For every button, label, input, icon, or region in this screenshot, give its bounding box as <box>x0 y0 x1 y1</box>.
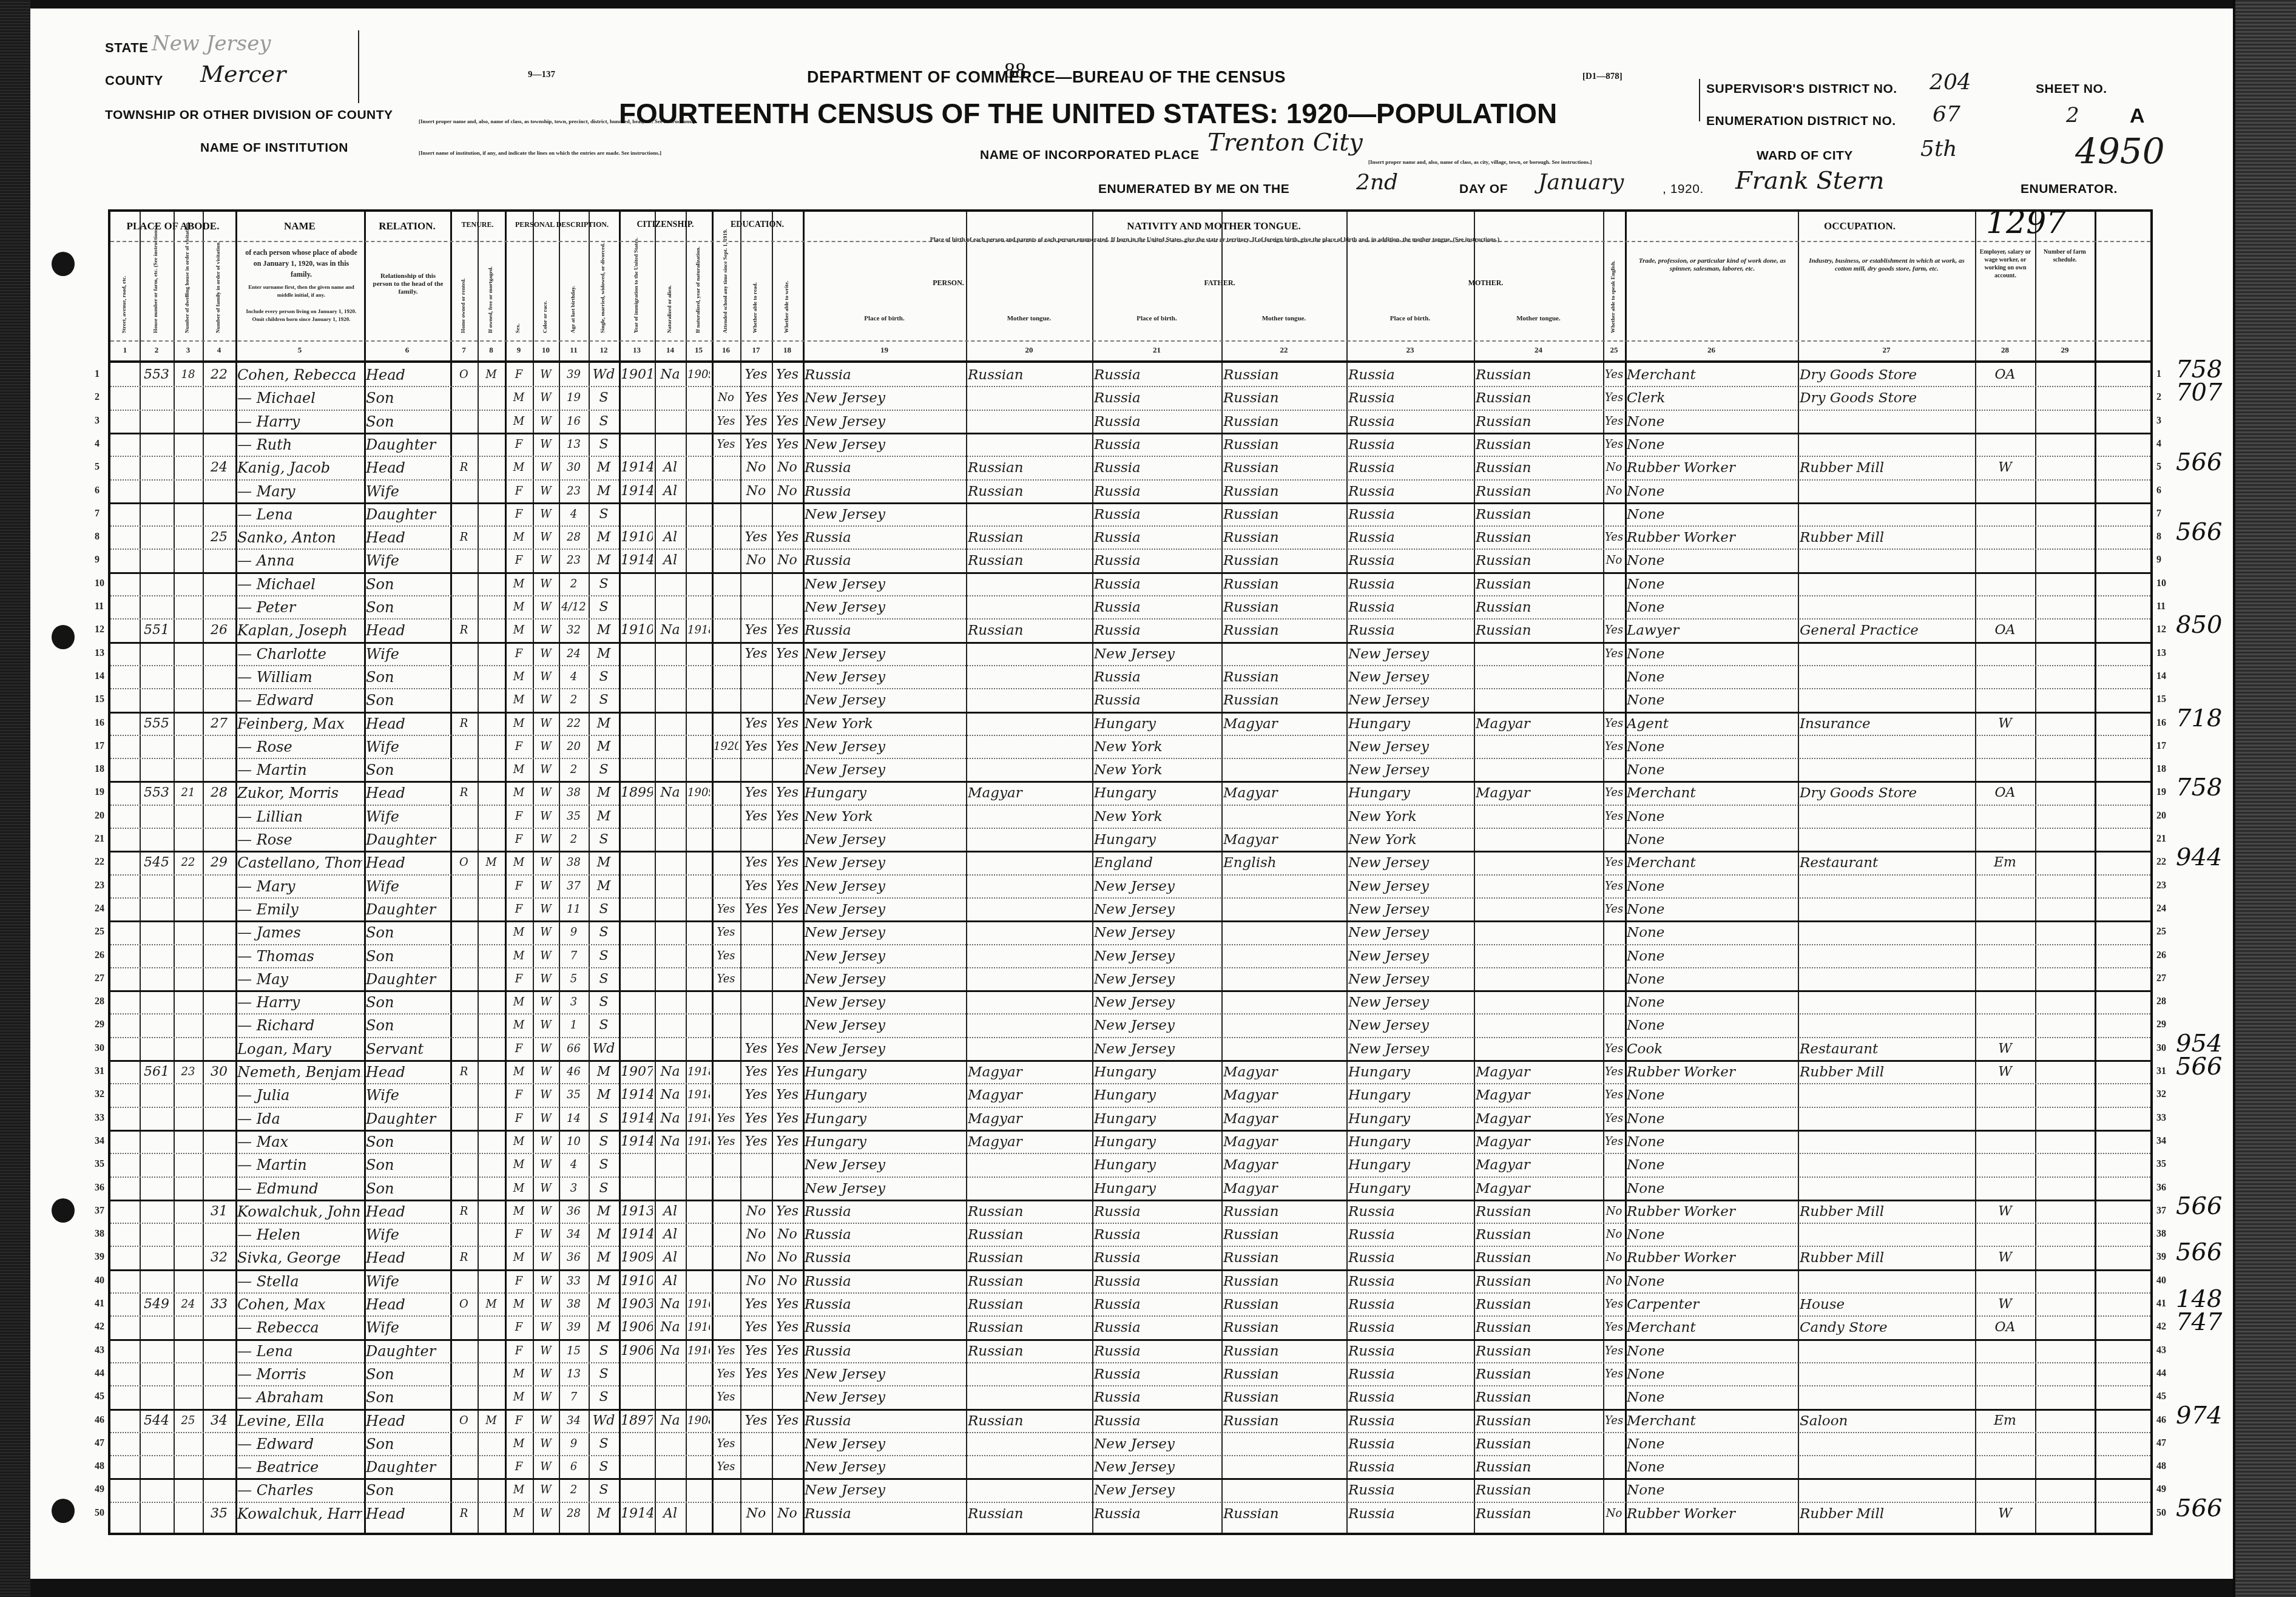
cell-name: — Abraham <box>237 1385 362 1410</box>
cell-relation: Head <box>366 1502 448 1526</box>
sheet-number-label: SHEET NO. <box>2036 82 2107 96</box>
cell-trade: None <box>1627 1107 1796 1131</box>
cell-natyr: 1918 <box>687 1060 710 1084</box>
cell-fbirth: Russia <box>1094 1292 1220 1317</box>
cell-trade: Agent <box>1627 712 1796 736</box>
cell-marital: M <box>590 1246 617 1270</box>
line-number: 34 <box>2156 1136 2166 1147</box>
cell-birth: Russia <box>805 618 964 643</box>
state-label: STATE <box>105 40 148 56</box>
cell-sex: M <box>507 410 531 434</box>
cell-name: — Michael <box>237 572 362 596</box>
cell-natyr: 1918 <box>687 1130 710 1154</box>
line-number-left: 3 <box>95 416 100 427</box>
line-number-left: 46 <box>95 1415 104 1426</box>
cell-ftongue: Russian <box>1223 1502 1345 1526</box>
cell-age: 11 <box>561 897 587 922</box>
cell-relation: Son <box>366 1177 448 1201</box>
cell-relation: Head <box>366 1246 448 1270</box>
line-number-left: 24 <box>95 903 104 914</box>
cell-trade: None <box>1627 479 1796 504</box>
cell-sex: M <box>507 920 531 945</box>
line-number-left: 22 <box>95 857 104 868</box>
cell-tongue: Magyar <box>968 1060 1090 1084</box>
census-title: FOURTEENTH CENSUS OF THE UNITED STATES: … <box>619 97 1557 130</box>
table-row: 24Kanig, JacobHeadRMW30M1914AlNoNoRussia… <box>110 456 2150 479</box>
cell-write: Yes <box>774 525 801 550</box>
table-row: — EdwardSonMW2SNew JerseyRussiaRussianNe… <box>110 688 2150 711</box>
cell-english: Yes <box>1605 1037 1623 1061</box>
cell-trade: None <box>1627 1455 1796 1479</box>
cell-natyr: 1909 <box>687 363 710 387</box>
cell-birth: New York <box>805 805 964 829</box>
cell-industry: Dry Goods Store <box>1800 386 1973 410</box>
cell-birth: New Jersey <box>805 1385 964 1410</box>
cell-tongue: Magyar <box>968 1107 1090 1131</box>
cell-name: — Martin <box>237 1153 362 1177</box>
line-number-left: 1 <box>95 369 100 380</box>
cell-race: W <box>535 1037 557 1061</box>
industry-header: Industry, business, or establishment in … <box>1803 257 1970 273</box>
line-number: 30 <box>2156 1043 2166 1054</box>
cell-age: 38 <box>561 781 587 805</box>
cell-mbirth: Russia <box>1348 479 1472 504</box>
cell-birth: New Jersey <box>805 944 964 968</box>
cell-marital: S <box>590 595 617 620</box>
cell-race: W <box>535 967 557 991</box>
cell-name: Kanig, Jacob <box>237 456 362 480</box>
cell-mbirth: Russia <box>1348 595 1472 620</box>
cell-mbirth: Russia <box>1348 1502 1472 1526</box>
cell-trade: Rubber Worker <box>1627 456 1796 480</box>
cell-read: No <box>742 1246 770 1270</box>
cell-mbirth: New Jersey <box>1348 967 1472 991</box>
mother-tongue-header: Mother tongue. <box>1474 315 1603 323</box>
cell-school: Yes <box>714 967 738 991</box>
cell-marital: S <box>590 386 617 410</box>
cell-mtongue: Russian <box>1476 502 1601 527</box>
cell-sex: F <box>507 1455 531 1479</box>
cell-relation: Son <box>366 410 448 434</box>
line-number-left: 41 <box>95 1298 104 1309</box>
column-number: 13 <box>619 345 655 355</box>
cell-relation: Head <box>366 781 448 805</box>
cell-marital: M <box>590 874 617 899</box>
table-row: — StellaWifeFW33M1910AlNoNoRussiaRussian… <box>110 1269 2150 1292</box>
cell-write: Yes <box>774 1083 801 1107</box>
cell-fbirth: New Jersey <box>1094 1037 1220 1061</box>
table-row: — MartinSonMW2SNew JerseyNew YorkNew Jer… <box>110 758 2150 781</box>
table-row: — EdmundSonMW3SNew JerseyHungaryMagyarHu… <box>110 1177 2150 1200</box>
column-number: 11 <box>559 345 589 355</box>
column-number: 15 <box>686 345 712 355</box>
occupation-code: 944 <box>2176 843 2222 871</box>
cell-race: W <box>535 410 557 434</box>
cell-marital: S <box>590 665 617 689</box>
cell-school: Yes <box>714 897 738 922</box>
cell-race: W <box>535 1455 557 1479</box>
form-code: [D1—878] <box>1582 72 1622 82</box>
cell-trade: None <box>1627 1083 1796 1107</box>
cell-relation: Head <box>366 363 448 387</box>
relation-description: Relationship of this person to the head … <box>370 272 446 296</box>
scan-border-bottom <box>30 1579 2233 1597</box>
table-row: — RichardSonMW1SNew JerseyNew JerseyNew … <box>110 1013 2150 1036</box>
cell-sex: F <box>507 502 531 527</box>
cell-read: Yes <box>742 1107 770 1131</box>
line-number-left: 19 <box>95 787 104 798</box>
line-number-left: 27 <box>95 973 104 984</box>
cell-trade: Rubber Worker <box>1627 525 1796 550</box>
cell-relation: Daughter <box>366 502 448 527</box>
cell-marital: S <box>590 410 617 434</box>
cell-relation: Head <box>366 1292 448 1317</box>
table-row: 5492433Cohen, MaxHeadOMMW38M1903Na1916Ye… <box>110 1292 2150 1315</box>
cell-race: W <box>535 990 557 1015</box>
cell-read: Yes <box>742 735 770 759</box>
cell-relation: Wife <box>366 642 448 666</box>
line-number: 13 <box>2156 648 2166 659</box>
cell-age: 36 <box>561 1246 587 1270</box>
cell-marital: S <box>590 1362 617 1386</box>
line-number: 25 <box>2156 927 2166 937</box>
cell-read: No <box>742 1269 770 1294</box>
line-number-left: 16 <box>95 718 104 729</box>
cell-dwelling: 23 <box>175 1060 201 1084</box>
cell-race: W <box>535 479 557 504</box>
cell-relation: Head <box>366 1409 448 1433</box>
cell-read: Yes <box>742 712 770 736</box>
cell-age: 4/12 <box>561 595 587 620</box>
cell-birth: New Jersey <box>805 595 964 620</box>
cell-family: 35 <box>204 1502 234 1526</box>
cell-fbirth: Hungary <box>1094 712 1220 736</box>
cell-sex: F <box>507 642 531 666</box>
cell-mbirth: Russia <box>1348 456 1472 480</box>
cell-relation: Son <box>366 1013 448 1038</box>
cell-fbirth: Russia <box>1094 1385 1220 1410</box>
occupation-code: 566 <box>2176 1238 2222 1266</box>
cell-nat: Al <box>657 1200 684 1224</box>
line-number-left: 20 <box>95 811 104 822</box>
cell-trade: None <box>1627 1153 1796 1177</box>
cell-race: W <box>535 502 557 527</box>
cell-family: 22 <box>204 363 234 387</box>
cell-fbirth: Russia <box>1094 1502 1220 1526</box>
cell-sex: F <box>507 1223 531 1247</box>
cell-mbirth: New Jersey <box>1348 688 1472 712</box>
cell-write: Yes <box>774 1130 801 1154</box>
cell-mtongue: Russian <box>1476 363 1601 387</box>
cell-race: W <box>535 1223 557 1247</box>
vertical-header-c1: Street, avenue, road, etc. <box>121 248 127 333</box>
cell-race: W <box>535 1153 557 1177</box>
cell-mbirth: Russia <box>1348 1432 1472 1456</box>
line-number-left: 36 <box>95 1183 104 1194</box>
cell-trade: Merchant <box>1627 851 1796 875</box>
cell-immig: 1907 <box>621 1060 653 1084</box>
cell-race: W <box>535 1130 557 1154</box>
cell-read: Yes <box>742 1037 770 1061</box>
cell-sex: F <box>507 874 531 899</box>
cell-name: — Thomas <box>237 944 362 968</box>
cell-sex: M <box>507 1385 531 1410</box>
cell-english: Yes <box>1605 851 1623 875</box>
cell-write: Yes <box>774 712 801 736</box>
cell-tenure: R <box>452 712 476 736</box>
cell-nat: Na <box>657 363 684 387</box>
column-number: 27 <box>1798 345 1975 355</box>
column-number: 14 <box>655 345 686 355</box>
cell-read: Yes <box>742 1083 770 1107</box>
cell-marital: M <box>590 1083 617 1107</box>
cell-name: — Edward <box>237 1432 362 1456</box>
cell-race: W <box>535 781 557 805</box>
line-number: 49 <box>2156 1484 2166 1495</box>
section-tenure: TENURE. <box>450 220 505 229</box>
table-row: — IdaDaughterFW14S1914Na1918YesYesYesHun… <box>110 1107 2150 1130</box>
table-row: — RuthDaughterFW13SYesYesYesNew JerseyRu… <box>110 433 2150 456</box>
line-number: 39 <box>2156 1252 2166 1263</box>
cell-ftongue: Magyar <box>1223 828 1345 852</box>
line-number: 1 <box>2156 369 2161 380</box>
cell-relation: Head <box>366 618 448 643</box>
cell-read: Yes <box>742 642 770 666</box>
cell-mtongue: Russian <box>1476 410 1601 434</box>
cell-mbirth: Hungary <box>1348 1177 1472 1201</box>
table-row: 55126Kaplan, JosephHeadRMW32M1910Na1918Y… <box>110 618 2150 641</box>
cell-ftongue: Magyar <box>1223 781 1345 805</box>
cell-nat: Al <box>657 1502 684 1526</box>
cell-trade: None <box>1627 502 1796 527</box>
column-number: 21 <box>1092 345 1221 355</box>
table-row: — HarrySonMW3SNew JerseyNew JerseyNew Je… <box>110 990 2150 1013</box>
incorporated-place-value: Trenton City <box>1207 129 1363 157</box>
line-number-left: 42 <box>95 1322 104 1332</box>
cell-fbirth: New York <box>1094 805 1220 829</box>
incorporated-place-note: [Insert proper name and, also, name of c… <box>1368 159 1592 165</box>
cell-sex: M <box>507 618 531 643</box>
cell-birth: New Jersey <box>805 735 964 759</box>
cell-mbirth: Russia <box>1348 1385 1472 1410</box>
cell-tenure: R <box>452 1502 476 1526</box>
cell-sex: F <box>507 828 531 852</box>
column-number: 10 <box>533 345 559 355</box>
cell-relation: Son <box>366 920 448 945</box>
cell-employer: OA <box>1977 1315 2033 1340</box>
cell-english: Yes <box>1605 386 1623 410</box>
section-nativity: NATIVITY AND MOTHER TONGUE. <box>803 220 1625 232</box>
supervisor-district-label: SUPERVISOR'S DISTRICT NO. <box>1706 82 1897 96</box>
line-number: 37 <box>2156 1206 2166 1217</box>
cell-ftongue: Russian <box>1223 1200 1345 1224</box>
farm-schedule-header: Number of farm schedule. <box>2037 248 2093 264</box>
cell-sex: M <box>507 525 531 550</box>
vertical-header-c3: Number of dwelling house in order of vis… <box>184 248 190 333</box>
cell-trade: None <box>1627 688 1796 712</box>
cell-race: W <box>535 572 557 596</box>
table-row: — MaryWifeFW23M1914AlNoNoRussiaRussianRu… <box>110 479 2150 502</box>
cell-industry: Insurance <box>1800 712 1973 736</box>
cell-write: No <box>774 456 801 480</box>
cell-mbirth: New Jersey <box>1348 851 1472 875</box>
cell-mtongue: Magyar <box>1476 1130 1601 1154</box>
cell-nat: Al <box>657 525 684 550</box>
cell-write: No <box>774 1246 801 1270</box>
cell-trade: None <box>1627 1478 1796 1502</box>
cell-relation: Son <box>366 572 448 596</box>
cell-race: W <box>535 920 557 945</box>
cell-marital: S <box>590 1107 617 1131</box>
cell-fbirth: New Jersey <box>1094 1455 1220 1479</box>
cell-marital: Wd <box>590 363 617 387</box>
cell-birth: Russia <box>805 363 964 387</box>
cell-race: W <box>535 642 557 666</box>
cell-fbirth: Russia <box>1094 410 1220 434</box>
cell-read: Yes <box>742 363 770 387</box>
cell-birth: New Jersey <box>805 1362 964 1386</box>
cell-age: 4 <box>561 502 587 527</box>
cell-write: Yes <box>774 735 801 759</box>
cell-mtongue: Russian <box>1476 1200 1601 1224</box>
cell-race: W <box>535 1292 557 1317</box>
line-number: 35 <box>2156 1159 2166 1170</box>
table-row: — CharlotteWifeFW24MYesYesNew JerseyNew … <box>110 642 2150 665</box>
cell-mbirth: Russia <box>1348 410 1472 434</box>
cell-family: 25 <box>204 525 234 550</box>
cell-write: Yes <box>774 410 801 434</box>
cell-mbirth: New Jersey <box>1348 874 1472 899</box>
cell-write: Yes <box>774 1409 801 1433</box>
cell-relation: Daughter <box>366 1339 448 1363</box>
cell-sex: M <box>507 944 531 968</box>
cell-tongue: Russian <box>968 1315 1090 1340</box>
table-row: — RoseDaughterFW2SNew JerseyHungaryMagya… <box>110 828 2150 851</box>
table-row: — WilliamSonMW4SNew JerseyRussiaRussianN… <box>110 665 2150 688</box>
cell-write: Yes <box>774 1315 801 1340</box>
line-number-left: 9 <box>95 555 100 566</box>
cell-name: — Stella <box>237 1269 362 1294</box>
line-number-left: 7 <box>95 508 100 519</box>
cell-immig: 1906 <box>621 1339 653 1363</box>
cell-family: 33 <box>204 1292 234 1317</box>
cell-age: 3 <box>561 990 587 1015</box>
cell-immig: 1914 <box>621 479 653 504</box>
cell-mtongue: Russian <box>1476 1292 1601 1317</box>
cell-race: W <box>535 433 557 457</box>
cell-mbirth: New Jersey <box>1348 897 1472 922</box>
cell-house: 544 <box>141 1409 172 1433</box>
name-instruction-1: Enter surname first, then the given name… <box>245 283 357 299</box>
cell-name: Zukor, Morris <box>237 781 362 805</box>
line-number: 4 <box>2156 439 2161 450</box>
cell-name: — Harry <box>237 990 362 1015</box>
cell-birth: Russia <box>805 1409 964 1433</box>
cell-age: 22 <box>561 712 587 736</box>
vertical-header-c25: Whether able to speak English. <box>1610 248 1616 333</box>
cell-trade: Carpenter <box>1627 1292 1796 1317</box>
cell-sex: F <box>507 1409 531 1433</box>
cell-age: 39 <box>561 363 587 387</box>
county-value: Mercer <box>200 61 286 87</box>
cell-sex: M <box>507 665 531 689</box>
cell-school: Yes <box>714 1107 738 1131</box>
cell-name: — Julia <box>237 1083 362 1107</box>
cell-mtongue: Russian <box>1476 1315 1601 1340</box>
cell-fbirth: New Jersey <box>1094 1013 1220 1038</box>
table-row: — MartinSonMW4SNew JerseyHungaryMagyarHu… <box>110 1153 2150 1176</box>
table-row: 35Kowalchuk, HarryHeadRMW28M1914AlNoNoRu… <box>110 1502 2150 1525</box>
cell-age: 6 <box>561 1455 587 1479</box>
line-number: 32 <box>2156 1089 2166 1100</box>
column-number: 8 <box>478 345 505 355</box>
cell-school: Yes <box>714 944 738 968</box>
census-table: PLACE OF ABODE.NAMERELATION.TENURE.PERSO… <box>108 209 2153 1535</box>
cell-name: — Rose <box>237 828 362 852</box>
cell-race: W <box>535 665 557 689</box>
cell-marital: M <box>590 805 617 829</box>
cell-name: Feinberg, Max <box>237 712 362 736</box>
cell-name: — Michael <box>237 386 362 410</box>
cell-write: Yes <box>774 363 801 387</box>
cell-trade: None <box>1627 944 1796 968</box>
cell-fbirth: New Jersey <box>1094 874 1220 899</box>
vertical-header-c11: Age at last birthday. <box>570 248 576 333</box>
cell-mtongue: Magyar <box>1476 1177 1601 1201</box>
cell-employer: W <box>1977 712 2033 736</box>
line-number: 10 <box>2156 578 2166 589</box>
name-instruction-2: Include every person living on January 1… <box>245 308 357 323</box>
line-number-left: 4 <box>95 439 100 450</box>
cell-nat: Na <box>657 1315 684 1340</box>
cell-age: 2 <box>561 1478 587 1502</box>
cell-race: W <box>535 1083 557 1107</box>
cell-mbirth: Russia <box>1348 363 1472 387</box>
cell-marital: S <box>590 1339 617 1363</box>
line-number-left: 44 <box>95 1368 104 1379</box>
cell-birth: New Jersey <box>805 572 964 596</box>
cell-birth: New Jersey <box>805 386 964 410</box>
cell-sex: M <box>507 1502 531 1526</box>
cell-age: 28 <box>561 525 587 550</box>
cell-read: Yes <box>742 618 770 643</box>
cell-mbirth: Russia <box>1348 1339 1472 1363</box>
cell-fbirth: New Jersey <box>1094 944 1220 968</box>
scan-border-left <box>0 0 30 1597</box>
cell-trade: None <box>1627 828 1796 852</box>
cell-mbirth: New Jersey <box>1348 1037 1472 1061</box>
cell-marital: S <box>590 990 617 1015</box>
cell-trade: None <box>1627 967 1796 991</box>
department-title: DEPARTMENT OF COMMERCE—BUREAU OF THE CEN… <box>807 68 1286 87</box>
cell-english: Yes <box>1605 1292 1623 1317</box>
cell-fbirth: Russia <box>1094 549 1220 573</box>
institution-note: [Insert name of institution, if any, and… <box>419 150 661 156</box>
line-number-left: 21 <box>95 834 104 845</box>
cell-read: No <box>742 479 770 504</box>
line-number: 18 <box>2156 764 2166 775</box>
cell-race: W <box>535 735 557 759</box>
cell-school: No <box>714 386 738 410</box>
cell-birth: Russia <box>805 1246 964 1270</box>
cell-read: Yes <box>742 1409 770 1433</box>
cell-tenure: R <box>452 525 476 550</box>
cell-english: No <box>1605 1246 1623 1270</box>
cell-english: Yes <box>1605 410 1623 434</box>
cell-employer: OA <box>1977 781 2033 805</box>
cell-fbirth: Russia <box>1094 386 1220 410</box>
cell-birth: New Jersey <box>805 874 964 899</box>
